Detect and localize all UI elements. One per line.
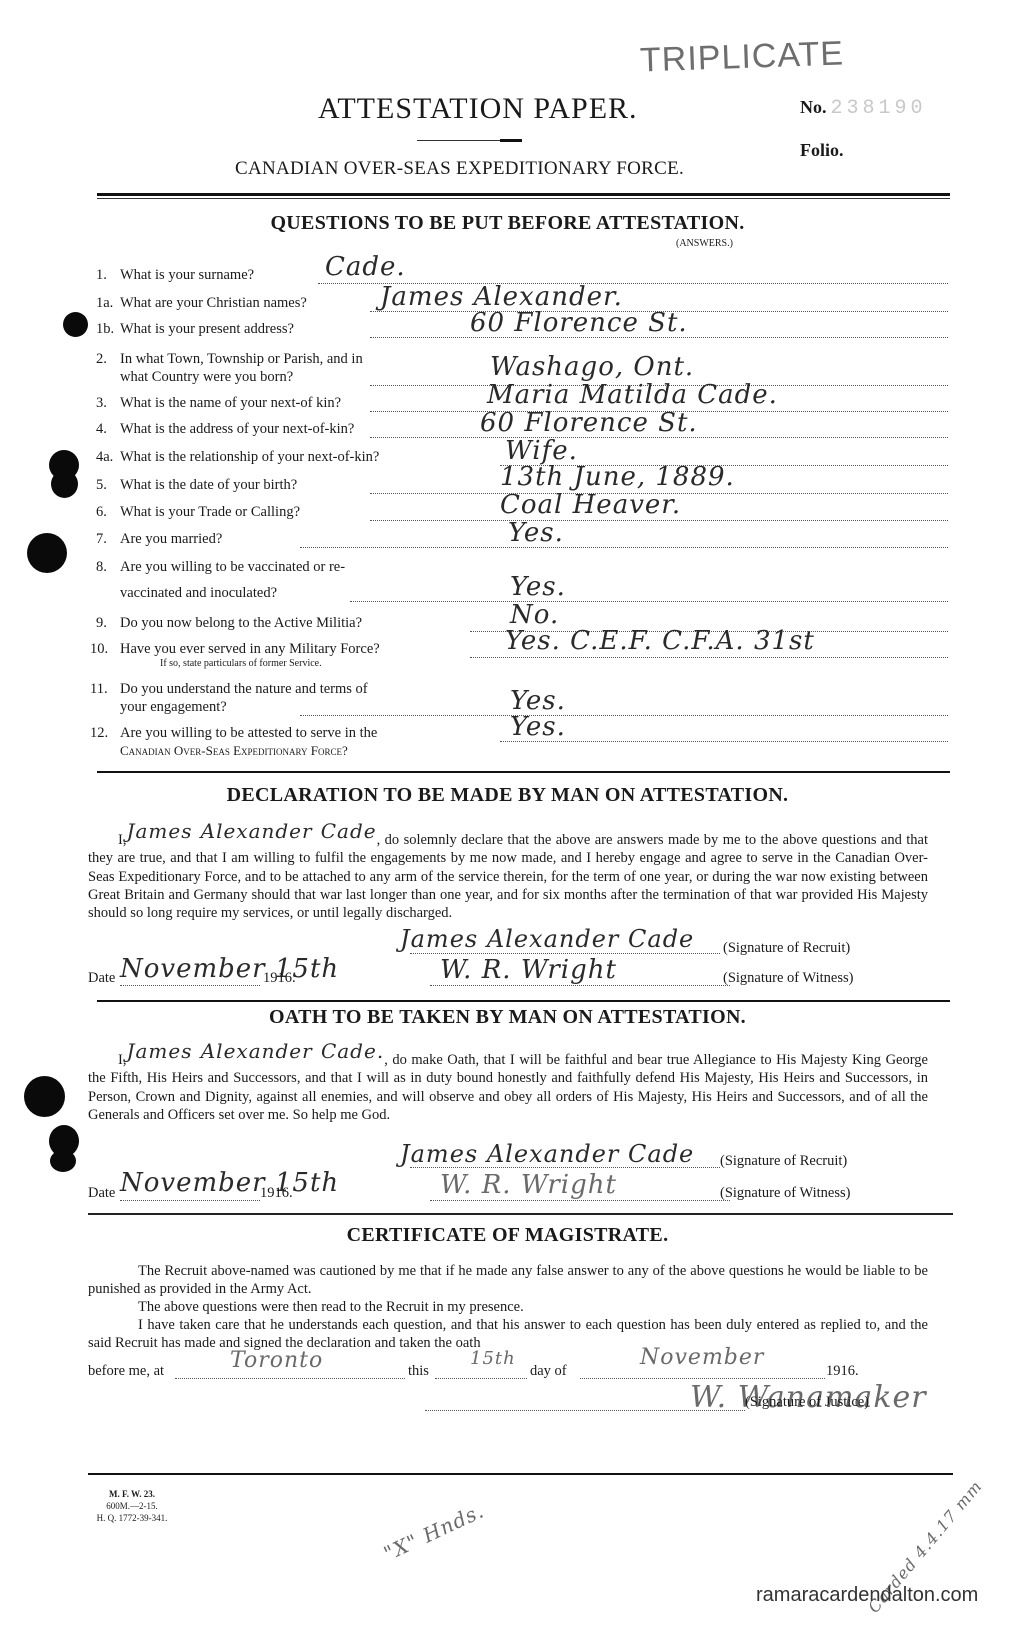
answer-married[interactable]: Yes. [508, 518, 564, 548]
question-9: 9.Do you now belong to the Active Militi… [96, 614, 362, 632]
hole-punch [50, 1150, 76, 1172]
question-11-line2: your engagement? [90, 698, 227, 716]
answer-birth-date[interactable]: 13th June, 1889. [500, 462, 735, 492]
answer-vaccinated[interactable]: Yes. [510, 572, 566, 602]
section-rule [97, 771, 950, 773]
question-1b: 1b.What is your present address? [96, 320, 294, 338]
certificate-year: 1916. [826, 1363, 859, 1380]
declaration-name[interactable]: James Alexander Cade [126, 819, 376, 843]
signature-line [410, 1167, 720, 1168]
answer-next-of-kin-address[interactable]: 60 Florence St. [480, 408, 698, 438]
oath-date[interactable]: November 15th [120, 1168, 339, 1198]
answer-next-of-kin[interactable]: Maria Matilda Cade. [487, 380, 778, 410]
date-line [120, 985, 260, 986]
hole-punch [63, 312, 88, 337]
hole-punch [24, 1076, 65, 1117]
day-line [435, 1378, 527, 1379]
question-2-line2: what Country were you born? [96, 368, 293, 386]
title-divider-center [500, 139, 522, 142]
date-label: Date [88, 970, 115, 987]
section-rule [88, 1473, 953, 1475]
oath-name[interactable]: James Alexander Cade. [126, 1039, 384, 1063]
oath-year: 1916. [260, 1185, 293, 1202]
folio-label: Folio. [800, 140, 844, 161]
justice-signature-label: (Signature of Justice) [745, 1394, 869, 1411]
question-4: 4.What is the address of your next-of-ki… [96, 420, 354, 438]
question-10: 10.Have you ever served in any Military … [90, 640, 380, 658]
answer-military-service[interactable]: Yes. C.E.F. C.F.A. 31st [505, 626, 815, 656]
certificate-para-2: The above questions were then read to th… [88, 1298, 928, 1316]
oath-recruit-signature[interactable]: James Alexander Cade [400, 1140, 694, 1168]
question-6: 6.What is your Trade or Calling? [96, 503, 300, 521]
question-2: 2.In what Town, Township or Parish, and … [96, 350, 363, 368]
answer-willing-to-serve[interactable]: Yes. [510, 712, 566, 742]
certificate-day[interactable]: 15th [470, 1348, 516, 1369]
answer-line [300, 715, 948, 716]
question-8: 8.Are you willing to be vaccinated or re… [96, 558, 345, 576]
question-12-line2: Canadian Over-Seas Expeditionary Force? [90, 742, 348, 760]
signature-line [410, 953, 720, 954]
before-me-label: before me, at [88, 1363, 164, 1380]
header-rule [97, 193, 950, 196]
oath-heading: OATH TO BE TAKEN BY MAN ON ATTESTATION. [0, 1006, 1015, 1029]
answer-line [370, 520, 948, 521]
triplicate-stamp: TRIPLICATE [639, 34, 844, 80]
declaration-year: 1916. [263, 970, 296, 987]
certificate-place[interactable]: Toronto [230, 1348, 323, 1373]
declaration-heading: DECLARATION TO BE MADE BY MAN ON ATTESTA… [0, 784, 1015, 807]
declaration-date[interactable]: November 15th [120, 954, 339, 984]
recruit-signature-label: (Signature of Recruit) [720, 1153, 847, 1170]
witness-signature-label: (Signature of Witness) [720, 1185, 850, 1202]
document-subtitle: CANADIAN OVER-SEAS EXPEDITIONARY FORCE. [235, 158, 684, 180]
witness-signature-label: (Signature of Witness) [723, 970, 853, 987]
question-12: 12.Are you willing to be attested to ser… [90, 724, 377, 742]
signature-line [430, 985, 730, 986]
document-title: ATTESTATION PAPER. [318, 92, 638, 126]
question-5: 5.What is the date of your birth? [96, 476, 297, 494]
section-rule [97, 1000, 950, 1002]
answer-surname[interactable]: Cade. [325, 252, 406, 282]
question-1a: 1a.What are your Christian names? [96, 294, 307, 312]
place-line [175, 1378, 405, 1379]
day-of-label: day of [530, 1363, 567, 1380]
serial-number-label: No. [800, 97, 827, 117]
questions-heading: QUESTIONS TO BE PUT BEFORE ATTESTATION. [0, 212, 1015, 235]
question-4a: 4a.What is the relationship of your next… [96, 448, 379, 466]
question-1: 1.What is your surname? [96, 266, 254, 284]
declaration-recruit-signature[interactable]: James Alexander Cade [400, 925, 694, 953]
certificate-month[interactable]: November [640, 1345, 764, 1370]
answer-birthplace[interactable]: Washago, Ont. [490, 352, 694, 382]
answer-line [470, 657, 948, 658]
answers-label: (ANSWERS.) [676, 238, 733, 249]
date-line [120, 1200, 260, 1201]
answer-line [350, 601, 948, 602]
question-7: 7.Are you married? [96, 530, 222, 548]
header-rule-thin [97, 198, 950, 199]
this-label: this [408, 1363, 429, 1380]
certificate-heading: CERTIFICATE OF MAGISTRATE. [0, 1224, 1015, 1247]
answer-line [500, 741, 948, 742]
signature-line [430, 1200, 730, 1201]
section-rule [88, 1213, 953, 1215]
serial-number: No. 238190 [800, 97, 927, 120]
oath-witness-signature[interactable]: W. R. Wright [440, 1170, 617, 1200]
serial-number-value: 238190 [831, 97, 927, 120]
answer-trade[interactable]: Coal Heaver. [500, 490, 681, 520]
question-10-note: If so, state particulars of former Servi… [160, 658, 322, 669]
date-label: Date [88, 1185, 115, 1202]
form-codes: M. F. W. 23. 600M.—2-15. H. Q. 1772-39-3… [92, 1488, 172, 1524]
hole-punch [51, 470, 78, 498]
declaration-witness-signature[interactable]: W. R. Wright [440, 955, 617, 985]
hole-punch [27, 533, 67, 573]
declaration-text: I,James Alexander Cade, do solemnly decl… [88, 828, 928, 922]
watermark: ramaracardendalton.com [756, 1584, 978, 1607]
oath-text: I,James Alexander Cade., do make Oath, t… [88, 1048, 928, 1124]
question-11: 11.Do you understand the nature and term… [90, 680, 368, 698]
handwritten-note-hnds: "X" Hnds. [380, 1498, 488, 1565]
month-line [580, 1378, 825, 1379]
question-3: 3.What is the name of your next-of kin? [96, 394, 341, 412]
certificate-para-1: The Recruit above-named was cautioned by… [88, 1262, 928, 1299]
signature-line [425, 1410, 745, 1411]
answer-present-address[interactable]: 60 Florence St. [470, 308, 688, 338]
answer-line [300, 547, 948, 548]
recruit-signature-label: (Signature of Recruit) [723, 940, 850, 957]
question-8-line2: vaccinated and inoculated? [96, 584, 277, 602]
